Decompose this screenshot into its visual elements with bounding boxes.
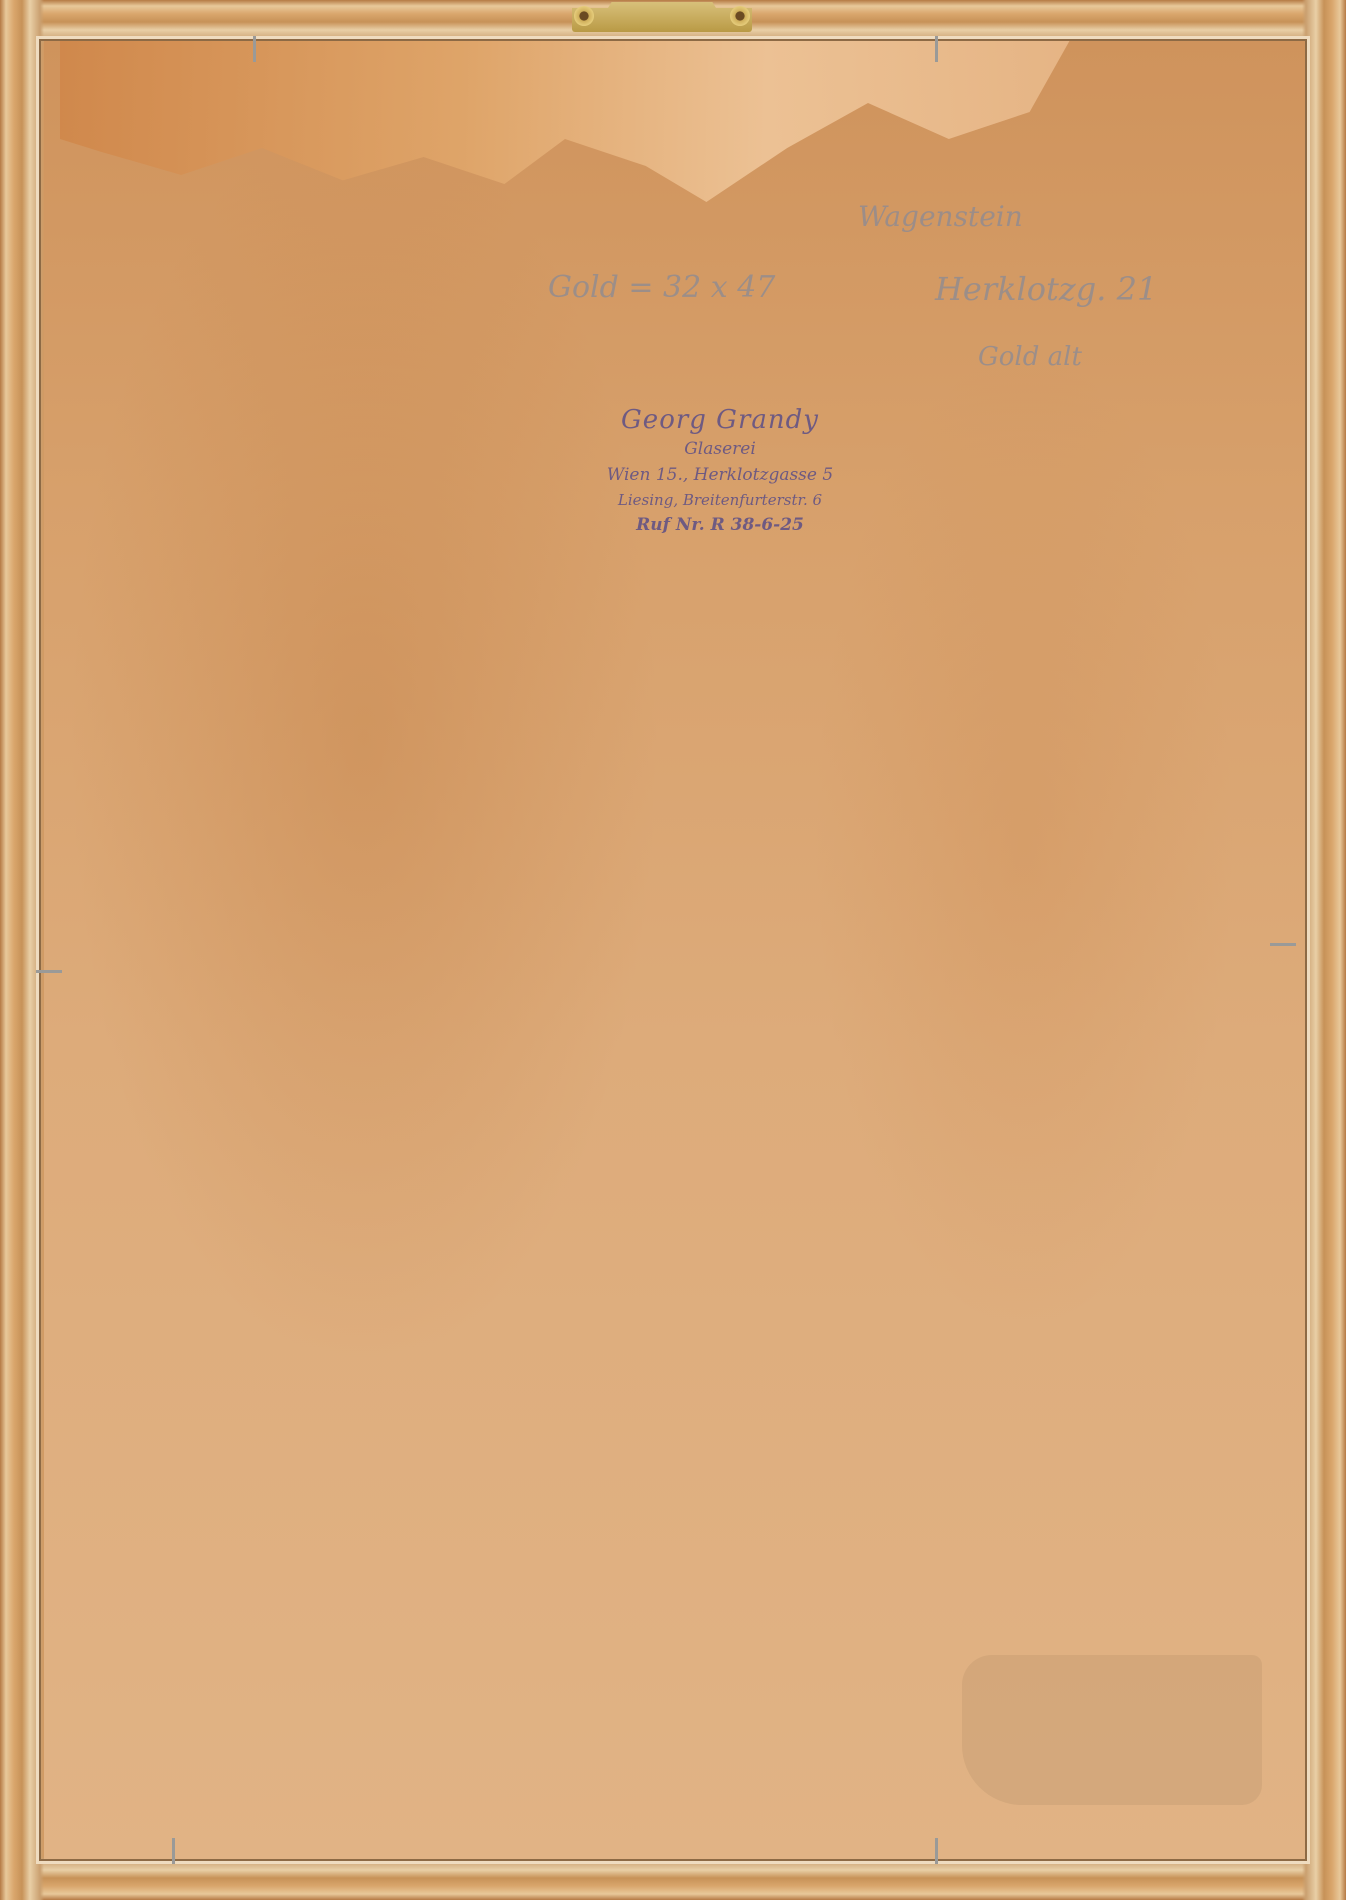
- nail-icon: [253, 36, 256, 62]
- stamp-phone: Ruf Nr. R 38-6-25: [560, 515, 880, 535]
- nail-icon: [935, 36, 938, 62]
- frame-inner-rim: [36, 36, 1310, 1864]
- pencil-address-note: Herklotzg. 21: [935, 270, 1157, 308]
- stamp-address-2: Liesing, Breitenfurterstr. 6: [560, 491, 880, 509]
- stamp-address-1: Wien 15., Herklotzgasse 5: [560, 465, 880, 485]
- screw-icon: [574, 6, 594, 26]
- stamp-trade: Glaserei: [560, 439, 880, 459]
- pencil-size-note: Gold = 32 x 47: [548, 270, 775, 305]
- pencil-name-note: Wagenstein: [858, 200, 1023, 233]
- nail-icon: [36, 970, 62, 973]
- glazier-stamp: Georg Grandy Glaserei Wien 15., Herklotz…: [560, 405, 880, 535]
- pencil-gold-note: Gold alt: [978, 342, 1082, 372]
- stamp-name: Georg Grandy: [560, 405, 880, 435]
- nail-icon: [935, 1838, 938, 1864]
- screw-icon: [730, 6, 750, 26]
- nail-icon: [172, 1838, 175, 1864]
- nail-icon: [1270, 943, 1296, 946]
